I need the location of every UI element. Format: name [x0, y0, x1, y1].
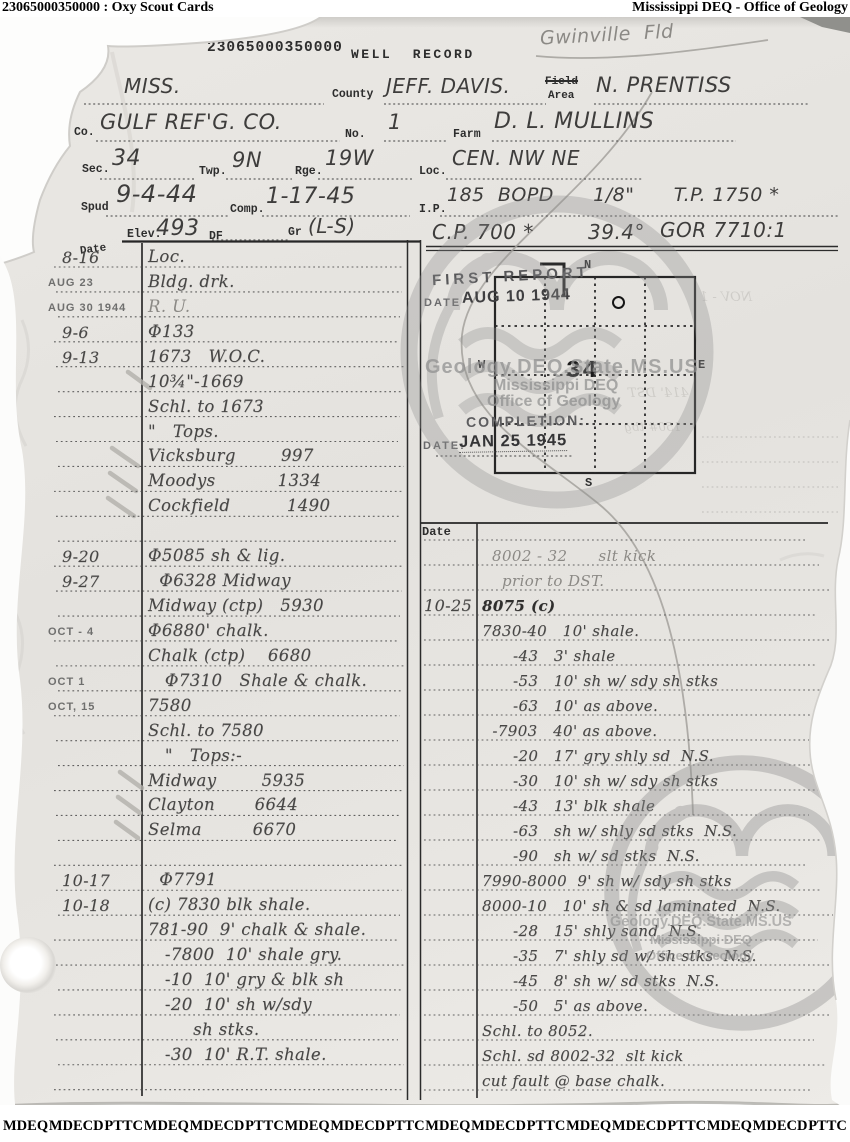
footer-item: MDEQ — [707, 1118, 752, 1135]
footer-item: PTTC — [667, 1118, 706, 1135]
footer-item: MDECD — [612, 1118, 667, 1135]
footer-item: MDECD — [190, 1118, 245, 1135]
footer-item: PTTC — [527, 1118, 566, 1135]
viewer-header: 23065000350000 : Oxy Scout Cards Mississ… — [0, 0, 850, 17]
scanned-well-record-page: { "viewer": { "header_left": "2306500035… — [0, 0, 850, 1142]
footer-item: MDECD — [471, 1118, 526, 1135]
viewer-footer: MDEQMDECDPTTCMDEQMDECDPTTCMDEQMDECDPTTCM… — [0, 1105, 850, 1142]
footer-item: PTTC — [104, 1118, 143, 1135]
punch-hole — [0, 937, 56, 993]
footer-item: PTTC — [386, 1118, 425, 1135]
footer-item: MDEQ — [425, 1118, 470, 1135]
footer-item: MDECD — [330, 1118, 385, 1135]
footer-item: MDECD — [753, 1118, 808, 1135]
footer-item: MDEQ — [566, 1118, 611, 1135]
footer-item: MDEQ — [285, 1118, 330, 1135]
header-left-text: 23065000350000 : Oxy Scout Cards — [2, 0, 214, 17]
footer-item: MDECD — [49, 1118, 104, 1135]
footer-item: PTTC — [808, 1118, 847, 1135]
header-right-text: Mississippi DEQ - Office of Geology — [632, 0, 848, 17]
footer-item: PTTC — [245, 1118, 284, 1135]
footer-item: MDEQ — [3, 1118, 48, 1135]
torn-paper-edges — [0, 0, 850, 1142]
footer-item: MDEQ — [144, 1118, 189, 1135]
